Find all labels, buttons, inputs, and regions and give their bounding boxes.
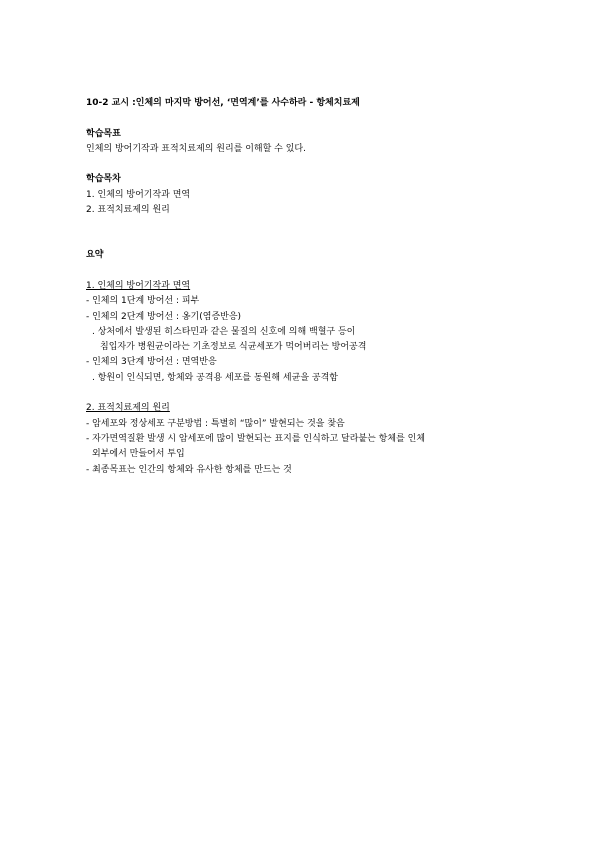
spacer bbox=[86, 386, 526, 401]
spacer bbox=[86, 111, 526, 126]
section1-title: 1. 인체의 방어기작과 면역 bbox=[86, 279, 526, 294]
summary-line: - 인체의 3단계 방어선 : 면역반응 bbox=[86, 355, 526, 370]
content-item: 1. 인체의 방어기작과 면역 bbox=[86, 188, 526, 203]
summary-line: - 인체의 2단계 방어선 : 옹기(염증반응) bbox=[86, 310, 526, 325]
learning-content-heading: 학습목차 bbox=[86, 172, 526, 187]
learning-goal-heading: 학습목표 bbox=[86, 127, 526, 142]
spacer bbox=[86, 218, 526, 248]
content-item: 2. 표적치료제의 원리 bbox=[86, 203, 526, 218]
section2-title: 2. 표적치료제의 원리 bbox=[86, 401, 526, 416]
summary-line: . 상처에서 발생된 히스타민과 같은 물질의 신호에 의해 백혈구 등이 bbox=[86, 325, 526, 340]
spacer bbox=[86, 157, 526, 172]
document-title: 10-2 교시 :인체의 마지막 방어선, ‘면역계’를 사수하라 - 항체치료… bbox=[86, 96, 526, 111]
summary-line: . 항원이 인식되면, 항체와 공격용 세포를 동원해 세균을 공격함 bbox=[86, 371, 526, 386]
learning-goal-text: 인체의 방어기작과 표적치료제의 원리를 이해할 수 있다. bbox=[86, 142, 526, 157]
summary-line: 외부에서 만들어서 투입 bbox=[86, 447, 526, 462]
document-page: 10-2 교시 :인체의 마지막 방어선, ‘면역계’를 사수하라 - 항체치료… bbox=[86, 96, 526, 478]
summary-line: - 최종목표는 인간의 항체와 유사한 항체를 만드는 것 bbox=[86, 463, 526, 478]
summary-line: 침입자가 병원균이라는 기초정보로 식균세포가 먹어버리는 방어공격 bbox=[86, 340, 526, 355]
summary-line: - 암세포와 정상세포 구분방법 : 특별히 “많이” 발현되는 것을 찾음 bbox=[86, 417, 526, 432]
summary-line: - 인체의 1단계 방어선 : 피부 bbox=[86, 294, 526, 309]
summary-line: - 자가면역질환 발생 시 암세포에 많이 발현되는 표지를 인식하고 달라붙는… bbox=[86, 432, 526, 447]
summary-heading: 요약 bbox=[86, 248, 526, 263]
spacer bbox=[86, 264, 526, 279]
